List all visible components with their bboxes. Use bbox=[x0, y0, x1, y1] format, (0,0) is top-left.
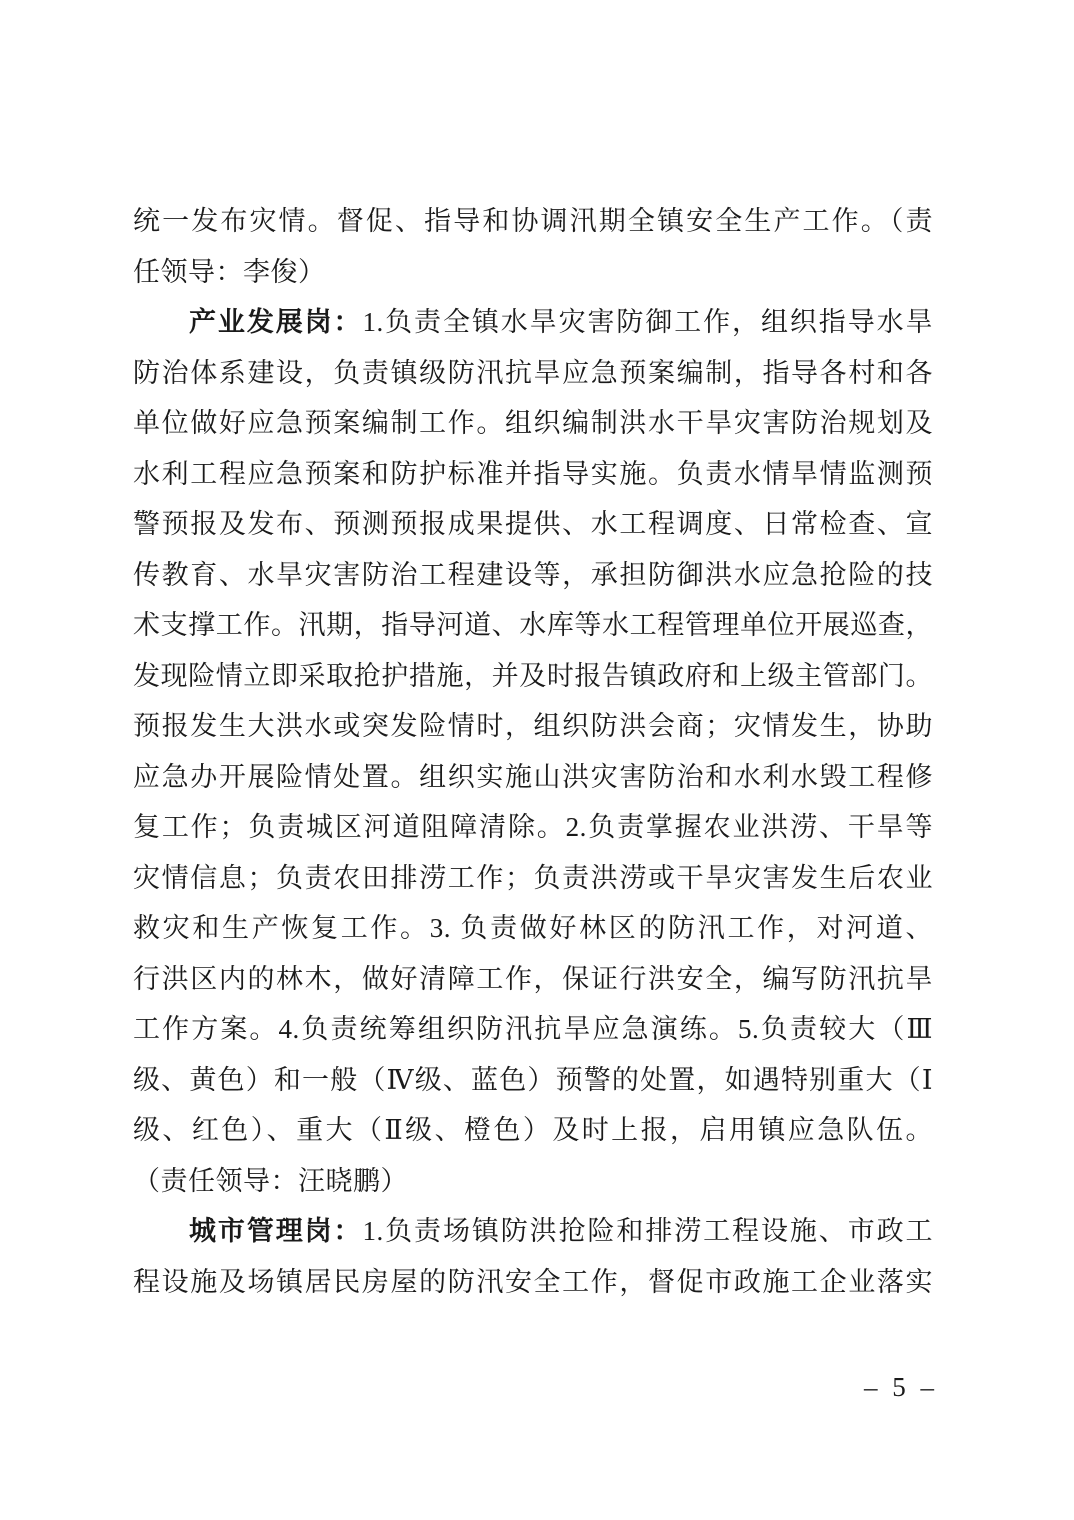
text-line: 工作方案。4.负责统筹组织防汛抗旱应急演练。5.负责较大（Ⅲ bbox=[133, 1004, 933, 1055]
text-line: 级、黄色）和一般（Ⅳ级、蓝色）预警的处置，如遇特别重大（Ⅰ bbox=[133, 1055, 933, 1106]
text-line: 应急办开展险情处置。组织实施山洪灾害防治和水利水毁工程修 bbox=[133, 752, 933, 803]
text-line: （责任领导：汪晓鹏） bbox=[133, 1156, 933, 1207]
line-text: 1.负责全镇水旱灾害防御工作，组织指导水旱 bbox=[362, 307, 933, 337]
text-line: 任领导：李俊） bbox=[133, 247, 933, 298]
text-line: 级、红色）、重大（Ⅱ级、橙色）及时上报，启用镇应急队伍。 bbox=[133, 1105, 933, 1156]
document-page: 统一发布灾情。督促、指导和协调汛期全镇安全生产工作。（责任领导：李俊）产业发展岗… bbox=[0, 0, 1074, 1520]
line-text: （责任领导：汪晓鹏） bbox=[133, 1166, 408, 1196]
text-line: 水利工程应急预案和防护标准并指导实施。负责水情旱情监测预 bbox=[133, 449, 933, 500]
document-body: 统一发布灾情。督促、指导和协调汛期全镇安全生产工作。（责任领导：李俊）产业发展岗… bbox=[133, 196, 933, 1307]
section-heading: 城市管理岗： bbox=[189, 1216, 362, 1246]
text-line: 警预报及发布、预测预报成果提供、水工程调度、日常检查、宣 bbox=[133, 499, 933, 550]
line-text: 复工作；负责城区河道阻障清除。2.负责掌握农业洪涝、干旱等 bbox=[133, 812, 933, 842]
line-text: 防治体系建设，负责镇级防汛抗旱应急预案编制，指导各村和各 bbox=[133, 358, 933, 388]
text-line: 统一发布灾情。督促、指导和协调汛期全镇安全生产工作。（责 bbox=[133, 196, 933, 247]
line-text: 工作方案。4.负责统筹组织防汛抗旱应急演练。5.负责较大（Ⅲ bbox=[133, 1014, 933, 1044]
page-number: – 5 – bbox=[864, 1372, 938, 1403]
text-line: 产业发展岗：1.负责全镇水旱灾害防御工作，组织指导水旱 bbox=[133, 297, 933, 348]
text-line: 防治体系建设，负责镇级防汛抗旱应急预案编制，指导各村和各 bbox=[133, 348, 933, 399]
text-line: 术支撑工作。汛期，指导河道、水库等水工程管理单位开展巡查， bbox=[133, 600, 933, 651]
line-text: 级、红色）、重大（Ⅱ级、橙色）及时上报，启用镇应急队伍。 bbox=[133, 1115, 933, 1145]
line-text: 水利工程应急预案和防护标准并指导实施。负责水情旱情监测预 bbox=[133, 459, 933, 489]
text-line: 预报发生大洪水或突发险情时，组织防洪会商；灾情发生，协助 bbox=[133, 701, 933, 752]
text-line: 城市管理岗：1.负责场镇防洪抢险和排涝工程设施、市政工 bbox=[133, 1206, 933, 1257]
line-text: 警预报及发布、预测预报成果提供、水工程调度、日常检查、宣 bbox=[133, 509, 933, 539]
text-line: 发现险情立即采取抢护措施，并及时报告镇政府和上级主管部门。 bbox=[133, 651, 933, 702]
line-text: 应急办开展险情处置。组织实施山洪灾害防治和水利水毁工程修 bbox=[133, 762, 933, 792]
text-line: 行洪区内的林木，做好清障工作，保证行洪安全，编写防汛抗旱 bbox=[133, 954, 933, 1005]
line-text: 行洪区内的林木，做好清障工作，保证行洪安全，编写防汛抗旱 bbox=[133, 964, 933, 994]
text-line: 程设施及场镇居民房屋的防汛安全工作，督促市政施工企业落实 bbox=[133, 1257, 933, 1308]
text-line: 救灾和生产恢复工作。3. 负责做好林区的防汛工作，对河道、 bbox=[133, 903, 933, 954]
section-heading: 产业发展岗： bbox=[189, 307, 362, 337]
text-line: 复工作；负责城区河道阻障清除。2.负责掌握农业洪涝、干旱等 bbox=[133, 802, 933, 853]
line-text: 级、黄色）和一般（Ⅳ级、蓝色）预警的处置，如遇特别重大（Ⅰ bbox=[133, 1065, 933, 1095]
line-text: 传教育、水旱灾害防治工程建设等，承担防御洪水应急抢险的技 bbox=[133, 560, 933, 590]
line-text: 发现险情立即采取抢护措施，并及时报告镇政府和上级主管部门。 bbox=[133, 661, 933, 691]
text-line: 单位做好应急预案编制工作。组织编制洪水干旱灾害防治规划及 bbox=[133, 398, 933, 449]
line-text: 统一发布灾情。督促、指导和协调汛期全镇安全生产工作。（责 bbox=[133, 206, 933, 236]
line-text: 1.负责场镇防洪抢险和排涝工程设施、市政工 bbox=[362, 1216, 933, 1246]
line-text: 术支撑工作。汛期，指导河道、水库等水工程管理单位开展巡查， bbox=[133, 610, 933, 640]
line-text: 预报发生大洪水或突发险情时，组织防洪会商；灾情发生，协助 bbox=[133, 711, 933, 741]
text-line: 传教育、水旱灾害防治工程建设等，承担防御洪水应急抢险的技 bbox=[133, 550, 933, 601]
line-text: 程设施及场镇居民房屋的防汛安全工作，督促市政施工企业落实 bbox=[133, 1267, 933, 1297]
line-text: 灾情信息；负责农田排涝工作；负责洪涝或干旱灾害发生后农业 bbox=[133, 863, 933, 893]
line-text: 单位做好应急预案编制工作。组织编制洪水干旱灾害防治规划及 bbox=[133, 408, 933, 438]
line-text: 救灾和生产恢复工作。3. 负责做好林区的防汛工作，对河道、 bbox=[133, 913, 933, 943]
line-text: 任领导：李俊） bbox=[133, 257, 326, 287]
text-line: 灾情信息；负责农田排涝工作；负责洪涝或干旱灾害发生后农业 bbox=[133, 853, 933, 904]
